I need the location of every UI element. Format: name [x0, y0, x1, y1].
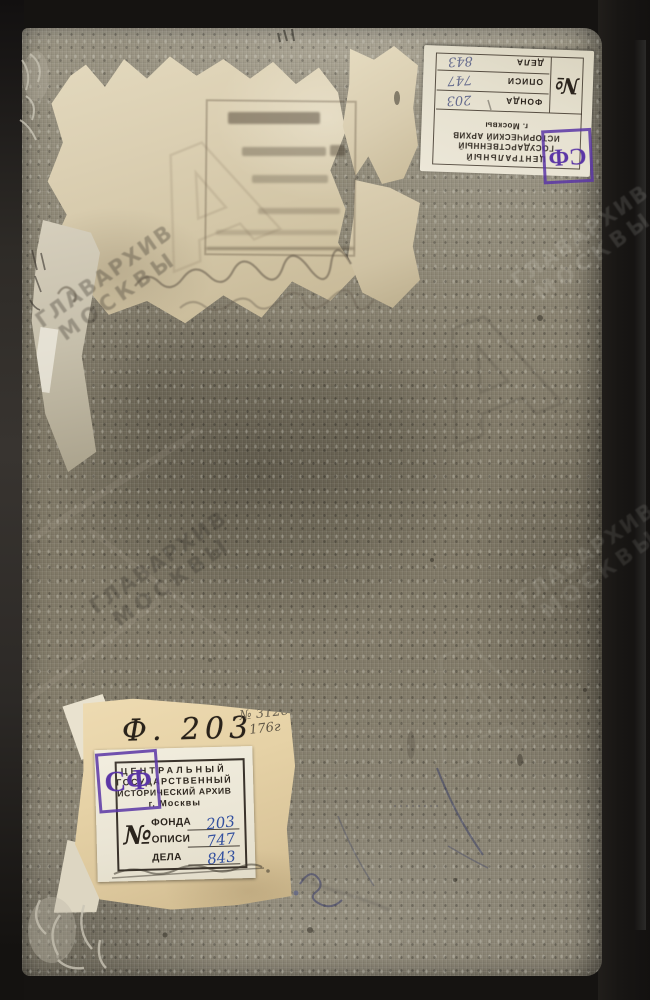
number-symbol: № [123, 821, 152, 852]
faded-stamp-text-smudge [228, 112, 320, 124]
delo-number-handwritten: 843 [207, 847, 237, 868]
label-table: № ФОНДА 203 ОПИСИ 747 ДЕЛА 843 [436, 54, 584, 115]
sf-stamp: СФ [95, 749, 162, 814]
opis-row: ОПИСИ 747 [437, 71, 550, 94]
delo-row-label: ДЕЛА [152, 852, 182, 864]
delo-row: ДЕЛА 843 [152, 847, 240, 867]
opis-row-label: ОПИСИ [507, 76, 543, 87]
delo-row-label: ДЕЛА [516, 57, 544, 68]
archive-label-bottom: ЦЕНТРАЛЬНЫЙ ГОСУДАРСТВЕННЫЙ ИСТОРИЧЕСКИЙ… [94, 746, 255, 882]
opis-row-label: ОПИСИ [152, 834, 191, 846]
faded-stamp-text-smudge [252, 175, 328, 183]
sf-stamp: СФ [541, 128, 594, 185]
fond-row-label: ФОНДА [151, 816, 191, 828]
cover-edge-highlight [634, 40, 646, 930]
faded-stamp-text-smudge [242, 147, 326, 156]
fond-number-handwritten: 203 [446, 91, 472, 107]
fond-row: ФОНДА 203 [151, 811, 239, 831]
opis-number-handwritten: 747 [447, 72, 473, 88]
delo-row: ДЕЛА 843 [437, 52, 550, 75]
scan-background-left [0, 0, 24, 1000]
archive-label-top: ЦЕНТРАЛЬНЫЙ ГОСУДАРСТВЕННЫЙ ИСТОРИЧЕСКИЙ… [420, 45, 594, 177]
delo-number-handwritten: 843 [447, 53, 473, 69]
archival-book-cover-scan: ГЛАВАРХИВ МОСКВЫ ГЛАВАРХИВ МОСКВЫ ГЛАВАР… [0, 0, 650, 1000]
fond-handwritten-inscription: Ф. 203 [122, 710, 254, 748]
number-symbol: № [549, 57, 584, 113]
opis-row: ОПИСИ 747 [151, 829, 239, 849]
faded-stamp-text-smudge [330, 145, 345, 156]
fond-row-label: ФОНДА [505, 96, 543, 107]
